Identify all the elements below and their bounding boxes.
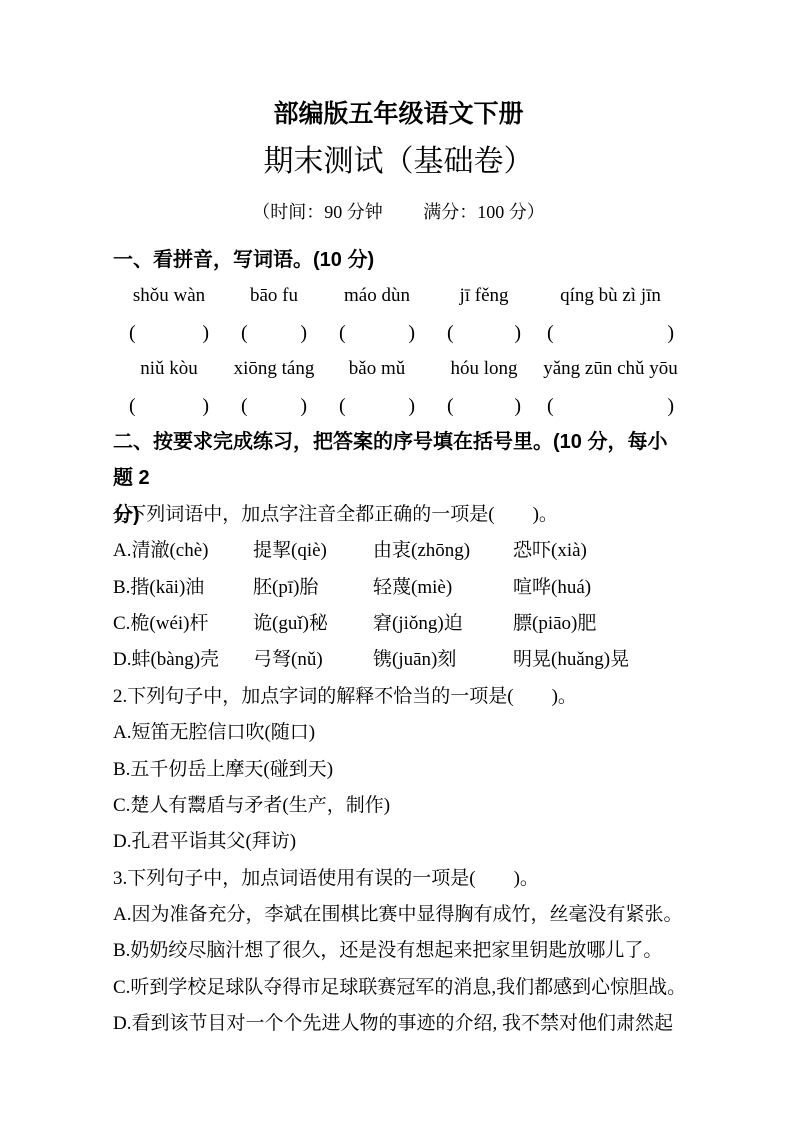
section-two-heading-line1: 二、按要求完成练习，把答案的序号填在括号里。(10 分，每小题 2 [113,431,667,489]
option-item: 由衷(zhōng) [373,533,513,569]
pinyin-word: máo dùn [323,278,431,314]
question-2-option-c: C.楚人有鬻盾与矛者(生产，制作) [113,788,684,824]
pinyin-word: jī fěng [431,278,537,314]
pinyin-row-1: shǒu wàn bāo fu máo dùn jī fěng qíng bù … [113,278,684,314]
section-two-heading: 二、按要求完成练习，把答案的序号填在括号里。(10 分，每小题 2 分) [113,424,684,497]
open-paren: ( [547,388,554,424]
page-title: 部编版五年级语文下册 [113,100,684,128]
question-3-option-b: B.奶奶绞尽脑汁想了很久，还是没有想起来把家里钥匙放哪儿了。 [113,933,684,969]
answer-blank: () [225,315,323,351]
option-item: 弓弩(nǔ) [253,642,373,678]
question-3-stem: 3.下列句子中，加点词语使用有误的一项是( )。 [113,861,684,897]
open-paren: ( [241,388,248,424]
option-item: A.清澈(chè) [113,533,253,569]
answer-blank: () [225,388,323,424]
exam-title: 期末测试（基础卷） [113,145,684,179]
question-1-option-a: A.清澈(chè) 提挈(qiè) 由衷(zhōng) 恐吓(xià) [113,533,684,569]
answer-blank: () [113,315,225,351]
option-item: C.桅(wéi)杆 [113,606,253,642]
pinyin-word: qíng bù zì jīn [537,278,684,314]
answer-blank-row-1: () () () () () [113,315,684,351]
option-item: 诡(guǐ)秘 [253,606,373,642]
open-paren: ( [129,315,136,351]
close-paren: ) [202,388,209,424]
pinyin-word: xiōng táng [225,351,323,387]
close-paren: ) [202,315,209,351]
question-2-option-b: B.五千仞岳上摩天(碰到天) [113,752,684,788]
question-2-option-a: A.短笛无腔信口吹(随口) [113,715,684,751]
question-1-stem: 1.下列词语中，加点字注音全都正确的一项是( )。 [113,497,684,533]
answer-blank: () [431,388,537,424]
pinyin-word: bǎo mǔ [323,351,431,387]
option-item: 膘(piāo)肥 [513,606,684,642]
question-3-option-a: A.因为准备充分，李斌在围棋比赛中显得胸有成竹，丝毫没有紧张。 [113,897,684,933]
close-paren: ) [408,315,415,351]
pinyin-word: yǎng zūn chǔ yōu [537,351,684,387]
option-item: 明晃(huǎng)晃 [513,642,684,678]
answer-blank: () [431,315,537,351]
open-paren: ( [339,388,346,424]
close-paren: ) [300,388,307,424]
answer-blank: () [323,388,431,424]
pinyin-word: shǒu wàn [113,278,225,314]
option-item: 恐吓(xià) [513,533,684,569]
open-paren: ( [447,315,454,351]
exam-paper-page: 部编版五年级语文下册 期末测试（基础卷） （时间：90 分钟 满分：100 分）… [0,0,794,1123]
answer-blank: () [537,388,684,424]
question-2-stem: 2.下列句子中，加点字词的解释不恰当的一项是( )。 [113,679,684,715]
pinyin-word: niǔ kòu [113,351,225,387]
open-paren: ( [241,315,248,351]
question-1-option-b: B.揩(kāi)油 胚(pī)胎 轻蔑(miè) 喧哗(huá) [113,570,684,606]
close-paren: ) [667,315,674,351]
exam-body: 一、看拼音，写词语。(10 分) shǒu wàn bāo fu máo dùn… [113,242,684,1043]
option-item: 喧哗(huá) [513,570,684,606]
answer-blank: () [537,315,684,351]
pinyin-row-2: niǔ kòu xiōng táng bǎo mǔ hóu long yǎng … [113,351,684,387]
open-paren: ( [447,388,454,424]
option-item: D.蚌(bàng)壳 [113,642,253,678]
open-paren: ( [129,388,136,424]
question-2-option-d: D.孔君平诣其父(拜访) [113,824,684,860]
option-item: 胚(pī)胎 [253,570,373,606]
close-paren: ) [514,315,521,351]
section-one-heading: 一、看拼音，写词语。(10 分) [113,242,684,278]
exam-info-line: （时间：90 分钟 满分：100 分） [113,201,684,223]
answer-blank: () [323,315,431,351]
open-paren: ( [339,315,346,351]
question-3-option-c: C.听到学校足球队夺得市足球联赛冠军的消息,我们都感到心惊胆战。 [113,970,684,1006]
close-paren: ) [514,388,521,424]
option-item: 镌(juān)刻 [373,642,513,678]
close-paren: ) [300,315,307,351]
answer-blank-row-2: () () () () () [113,388,684,424]
answer-blank: () [113,388,225,424]
close-paren: ) [408,388,415,424]
option-item: 窘(jiǒng)迫 [373,606,513,642]
question-3-option-d: D.看到该节目对一个个先进人物的事迹的介绍, 我不禁对他们肃然起 [113,1006,684,1042]
option-item: B.揩(kāi)油 [113,570,253,606]
close-paren: ) [667,388,674,424]
question-1-option-c: C.桅(wéi)杆 诡(guǐ)秘 窘(jiǒng)迫 膘(piāo)肥 [113,606,684,642]
pinyin-word: bāo fu [225,278,323,314]
open-paren: ( [547,315,554,351]
option-item: 提挈(qiè) [253,533,373,569]
question-1-option-d: D.蚌(bàng)壳 弓弩(nǔ) 镌(juān)刻 明晃(huǎng)晃 [113,642,684,678]
option-item: 轻蔑(miè) [373,570,513,606]
pinyin-word: hóu long [431,351,537,387]
